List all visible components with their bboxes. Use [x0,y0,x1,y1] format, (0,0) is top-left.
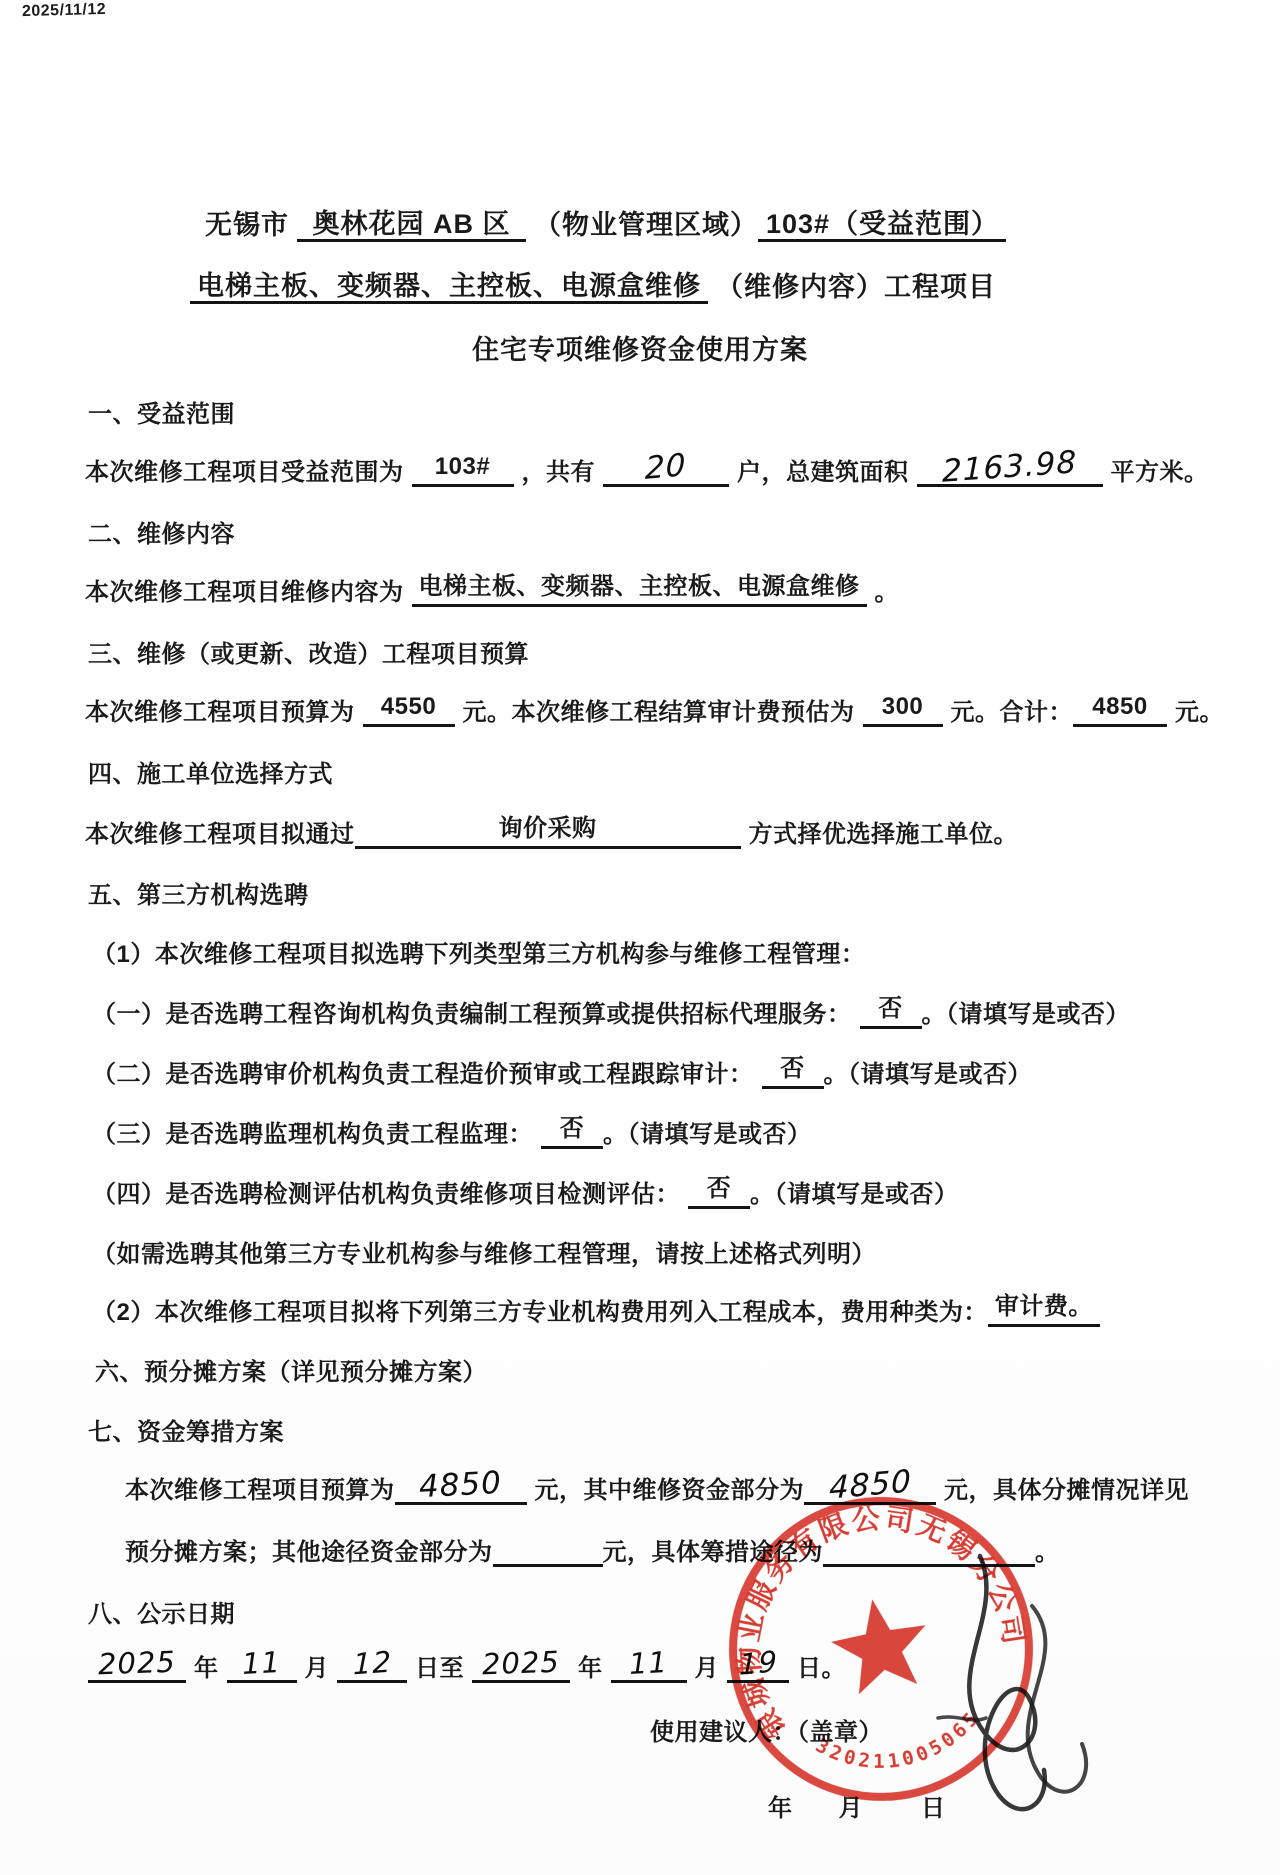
total-value: 4850 [1073,694,1167,727]
document-title: 住宅专项维修资金使用方案 [472,335,808,365]
section-5-note: （如需选聘其他第三方专业机构参与维修工程管理，请按上述格式列明） [92,1234,876,1269]
title-line-2: 电梯主板、变频器、主控板、电源盒维修（维修内容）工程项目 [190,265,996,304]
s1-suf: 平方米。 [1111,459,1209,486]
title2-suffix: （维修内容）工程项目 [716,272,996,302]
section-8-heading-text: 八、公示日期 [88,1601,235,1628]
section-3-heading-text: 三、维修（或更新、改造）工程项目预算 [88,641,529,668]
title-line-1: 无锡市奥林花园 AB 区（物业管理区域）103#（受益范围） [205,203,1006,242]
section-4-heading: 四、施工单位选择方式 [88,754,333,789]
handwritten-signature [908,1548,1148,1848]
title1-suffix: （受益范围） [831,209,1006,242]
question-4: （四）是否选聘检测评估机构负责维修项目检测评估：否。（请填写是或否） [92,1174,959,1209]
other-fund-blank [493,1534,603,1567]
end-year-value: 2025 [482,1649,561,1679]
fund-budget-blank: 4850 [395,1471,527,1505]
month-label-1: 月 [305,1655,330,1682]
section-2-heading: 二、维修内容 [88,514,235,549]
s7-l1-mid: 元，其中维修资金部分为 [535,1477,805,1504]
section-7-heading: 七、资金筹措方案 [88,1412,284,1447]
section-1-body: 本次维修工程项目受益范围为103#，共有20户，总建筑面积2163.98平方米。 [85,452,1209,487]
section-8-heading: 八、公示日期 [88,1594,235,1629]
section-6-heading-text: 六、预分摊方案（详见预分摊方案） [95,1359,487,1386]
start-day-value: 12 [353,1649,392,1679]
audit-fee-value: 300 [863,694,943,727]
q4-answer: 否 [688,1176,750,1209]
start-year-value: 2025 [98,1649,177,1679]
q2-suf: 。（请填写是或否） [824,1061,1033,1088]
s1-mid1: ，共有 [522,459,596,486]
title1-estate-blank: 奥林花园 AB 区 [297,209,526,242]
q4-pre: （四）是否选聘检测评估机构负责维修项目检测评估： [92,1181,680,1208]
section-3-heading: 三、维修（或更新、改造）工程项目预算 [88,634,529,669]
s1-pre: 本次维修工程项目受益范围为 [85,459,404,486]
start-month-value: 11 [241,1649,281,1679]
s3-pre: 本次维修工程项目预算为 [85,699,355,726]
title-line-3: 住宅专项维修资金使用方案 [0,328,1280,367]
repair-content-value: 电梯主板、变频器、主控板、电源盒维修 [412,574,867,607]
q3-pre: （三）是否选聘监理机构负责工程监理： [92,1121,533,1148]
photo-timestamp: 2025/11/12 [22,1,107,21]
question-3: （三）是否选聘监理机构负责工程监理：否。（请填写是或否） [92,1114,812,1149]
fund-budget-value: 4850 [418,1469,502,1503]
end-year-blank: 2025 [472,1650,570,1683]
s5-item1-text: （1）本次维修工程项目拟选聘下列类型第三方机构参与维修工程管理： [92,941,865,968]
year-label-2: 年 [578,1655,603,1682]
to-label: 日至 [415,1655,464,1682]
households-value: 20 [645,451,687,484]
s7-l2-pre: 预分摊方案；其他途径资金部分为 [125,1539,493,1566]
section-4-body: 本次维修工程项目拟通过询价采购方式择优选择施工单位。 [85,814,1018,849]
s1-mid2: 户，总建筑面积 [737,459,909,486]
s2-pre: 本次维修工程项目维修内容为 [85,579,404,606]
section-5-item-2: （2）本次维修工程项目拟将下列第三方专业机构费用列入工程成本，费用种类为：审计费… [92,1292,1100,1327]
area-value: 2163.98 [942,448,1077,487]
question-1: （一）是否选聘工程咨询机构负责编制工程预算或提供招标代理服务：否。（请填写是或否… [92,994,1130,1029]
q1-pre: （一）是否选聘工程咨询机构负责编制工程预算或提供招标代理服务： [92,1001,852,1028]
s5-item2-pre: （2）本次维修工程项目拟将下列第三方专业机构费用列入工程成本，费用种类为： [92,1299,988,1326]
section-2-heading-text: 二、维修内容 [88,521,235,548]
q2-pre: （二）是否选聘审价机构负责工程造价预审或工程跟踪审计： [92,1061,754,1088]
q3-answer: 否 [541,1116,603,1149]
title2-content-blank: 电梯主板、变频器、主控板、电源盒维修 [190,271,708,304]
section-7-heading-text: 七、资金筹措方案 [88,1419,284,1446]
fee-type-value: 审计费。 [988,1294,1100,1327]
section-5-item-1: （1）本次维修工程项目拟选聘下列类型第三方机构参与维修工程管理： [92,934,865,969]
q1-suf: 。（请填写是或否） [922,1001,1131,1028]
contractor-method-value: 询价采购 [355,816,741,849]
section-1-heading-text: 一、受益范围 [88,401,235,428]
budget-value: 4550 [363,694,455,727]
section-5-heading-text: 五、第三方机构选聘 [88,882,309,909]
title1-scope-blank: 103# [758,209,831,242]
section-7-line-1: 本次维修工程项目预算为4850元，其中维修资金部分为4850元，具体分摊情况详见 [125,1470,1189,1505]
s5-note-text: （如需选聘其他第三方专业机构参与维修工程管理，请按上述格式列明） [92,1241,876,1268]
s3-mid1: 元。本次维修工程结算审计费预估为 [463,699,855,726]
title1-mid: （物业管理区域） [534,210,758,240]
timestamp-text: 2025/11/12 [22,1,107,20]
s4-pre: 本次维修工程项目拟通过 [85,821,355,848]
q3-suf: 。（请填写是或否） [603,1121,812,1148]
year-label-1: 年 [194,1655,219,1682]
s2-suf: 。 [875,579,900,606]
benefit-scope-value: 103# [412,454,514,487]
area-blank: 2163.98 [917,453,1103,487]
section-2-body: 本次维修工程项目维修内容为电梯主板、变频器、主控板、电源盒维修。 [85,572,899,607]
title1-prefix: 无锡市 [205,210,289,240]
households-blank: 20 [603,453,729,487]
start-month-blank: 11 [227,1650,297,1683]
q4-suf: 。（请填写是或否） [750,1181,959,1208]
document-page: 2025/11/12 无锡市奥林花园 AB 区（物业管理区域）103#（受益范围… [0,0,1280,1875]
s4-suf: 方式择优选择施工单位。 [749,821,1019,848]
month-label-2: 月 [695,1655,720,1682]
q2-answer: 否 [762,1056,824,1089]
s3-mid2: 元。合计： [951,699,1074,726]
end-month-value: 11 [628,1649,668,1679]
start-day-blank: 12 [337,1650,407,1683]
s7-l1-pre: 本次维修工程项目预算为 [125,1477,395,1504]
section-3-body: 本次维修工程项目预算为4550元。本次维修工程结算审计费预估为300元。合计：4… [85,692,1224,727]
question-2: （二）是否选聘审价机构负责工程造价预审或工程跟踪审计：否。（请填写是或否） [92,1054,1032,1089]
end-month-blank: 11 [611,1650,687,1683]
section-4-heading-text: 四、施工单位选择方式 [88,761,333,788]
section-6-heading: 六、预分摊方案（详见预分摊方案） [95,1352,487,1387]
section-1-heading: 一、受益范围 [88,394,235,429]
q1-answer: 否 [860,996,922,1029]
section-5-heading: 五、第三方机构选聘 [88,875,309,910]
s3-suf: 元。 [1175,699,1224,726]
start-year-blank: 2025 [88,1650,186,1683]
